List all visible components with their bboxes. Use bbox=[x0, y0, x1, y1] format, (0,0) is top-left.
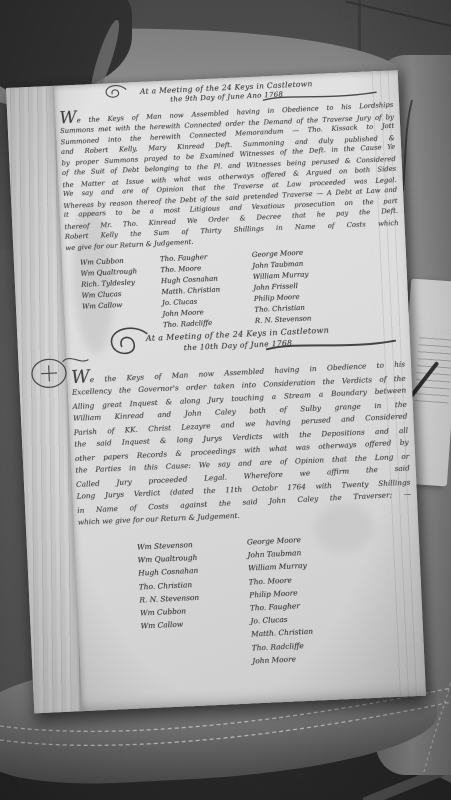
manuscript-book: At a Meeting of the 24 Keys in Castletow… bbox=[6, 70, 426, 713]
manuscript-page: At a Meeting of the 24 Keys in Castletow… bbox=[54, 70, 426, 711]
signature-block: Wm StevensonWm QualtroughHugh CosnahanTh… bbox=[75, 528, 425, 693]
photograph: At a Meeting of the 24 Keys in Castletow… bbox=[0, 0, 451, 800]
minute-paragraph: We the Keys of Man now Assembled having … bbox=[71, 358, 412, 529]
signature-column: Wm CubbonWm QualtroughRich. TyldesleyWm … bbox=[80, 254, 162, 313]
minute-paragraph: We the Keys of Man now Assembled having … bbox=[59, 100, 399, 253]
circled-cross-icon bbox=[28, 351, 78, 395]
signature-column: George MooreJohn TaubmanWilliam MurrayJo… bbox=[252, 245, 355, 326]
signature-column: Tho. FaugherTho. MooreHugh CosnahanMatth… bbox=[160, 250, 251, 331]
signature-name: Wm Callow bbox=[82, 298, 162, 313]
signature-column: George MooreJohn TaubmanWilliam MurrayTh… bbox=[247, 531, 363, 668]
signature-column: Wm StevensonWm QualtroughHugh CosnahanTh… bbox=[137, 536, 241, 633]
